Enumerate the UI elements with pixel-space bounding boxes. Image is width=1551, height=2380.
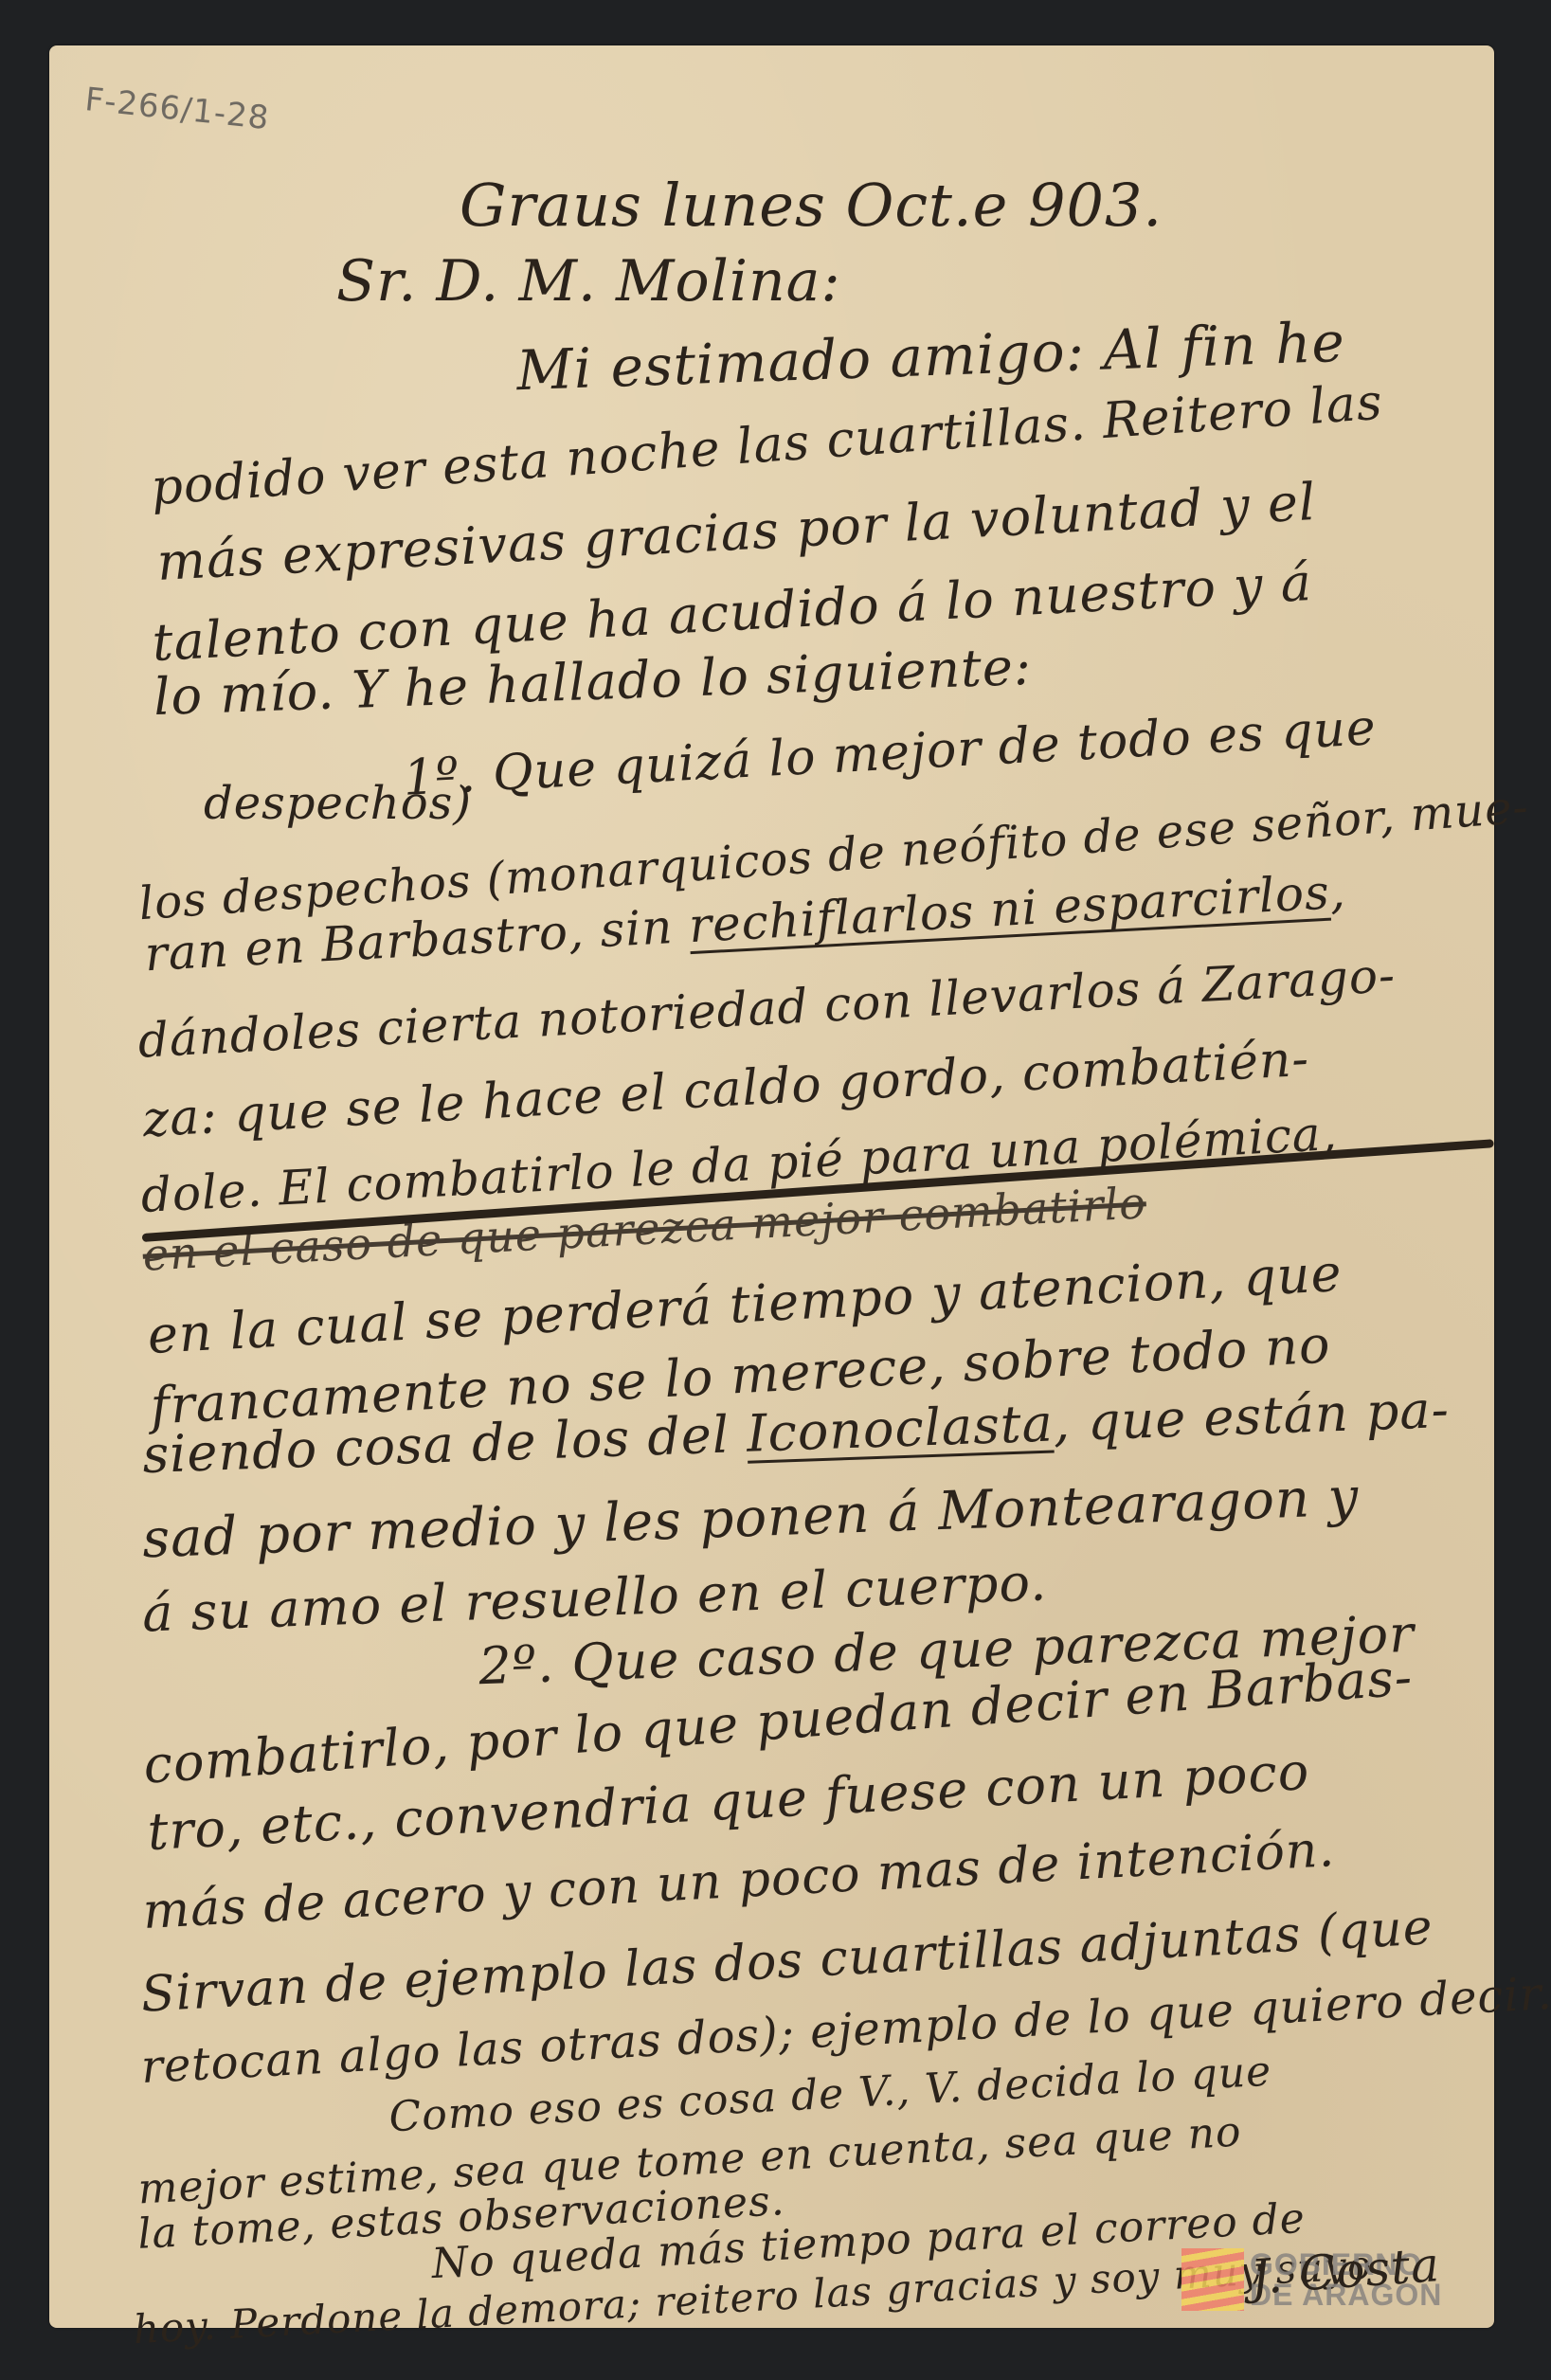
salutation: Sr. D. M. Molina: [336,248,841,315]
interlinear-insertion: despechos) [204,777,472,830]
aragon-flag-icon [1181,2248,1244,2311]
letter-date: Graus lunes Oct.e 903. [460,171,1163,240]
underlined-title: Iconoclasta [746,1394,1055,1464]
